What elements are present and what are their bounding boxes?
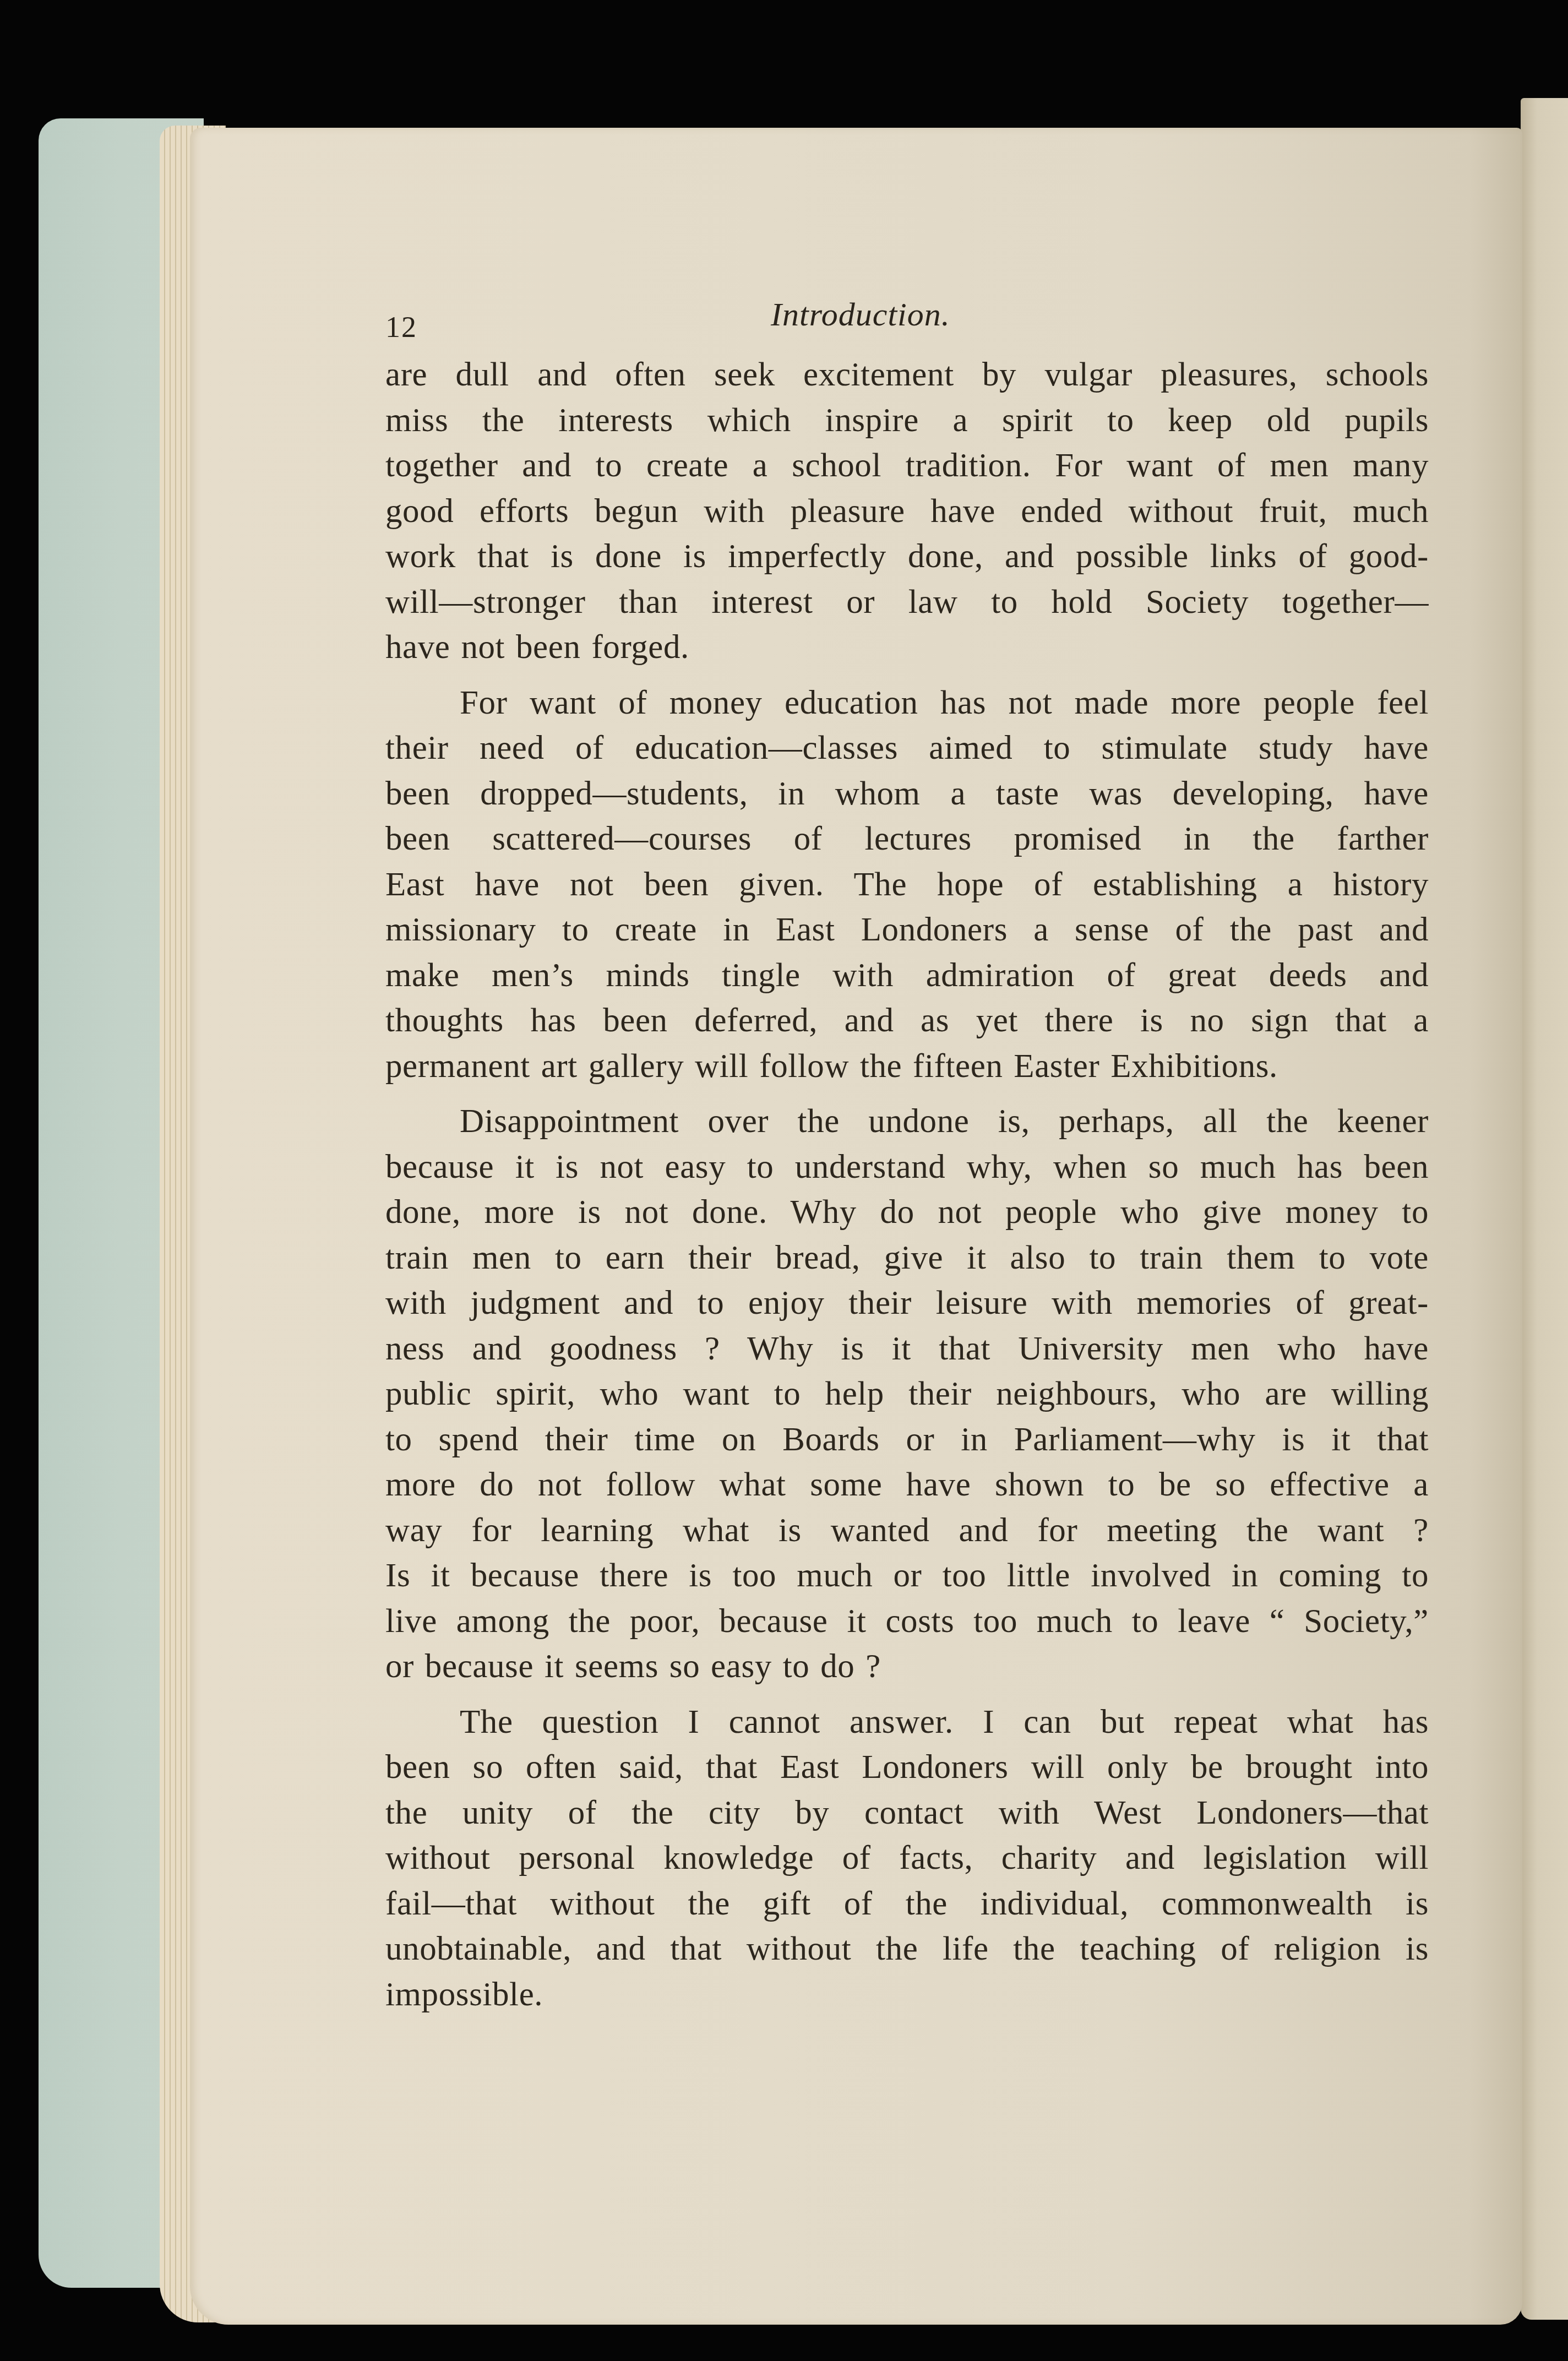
page-number: 12 — [385, 310, 417, 344]
text-line: permanent art gallery will follow the fi… — [385, 1044, 1429, 1090]
text-line: way for learning what is wanted and for … — [385, 1508, 1429, 1554]
text-line: fail—that without the gift of the indivi… — [385, 1881, 1429, 1927]
text-line: live among the poor, because it costs to… — [385, 1599, 1429, 1645]
text-line: work that is done is imperfectly done, a… — [385, 534, 1429, 580]
paragraph-2: For want of money education has not made… — [385, 681, 1429, 1090]
text-line: good efforts begun with pleasure have en… — [385, 489, 1429, 535]
text-line: ness and goodness ? Why is it that Unive… — [385, 1326, 1429, 1372]
text-line: Is it because there is too much or too l… — [385, 1553, 1429, 1599]
text-line: or because it seems so easy to do ? — [385, 1644, 1429, 1690]
paragraph-4: The question I cannot answer. I can but … — [385, 1700, 1429, 2018]
text-line: because it is not easy to understand why… — [385, 1145, 1429, 1190]
text-line: together and to create a school traditio… — [385, 443, 1429, 489]
text-line: more do not follow what some have shown … — [385, 1462, 1429, 1508]
text-line: The question I cannot answer. I can but … — [385, 1700, 1429, 1745]
paragraph-3: Disappointment over the undone is, perha… — [385, 1099, 1429, 1690]
text-line: For want of money education has not made… — [385, 681, 1429, 726]
text-line: East have not been given. The hope of es… — [385, 862, 1429, 908]
text-line: the unity of the city by contact with We… — [385, 1791, 1429, 1836]
text-line: impossible. — [385, 1972, 1429, 2018]
text-line: unobtainable, and that without the life … — [385, 1927, 1429, 1972]
running-head: 12 Introduction. — [385, 300, 1431, 344]
text-line: public spirit, who want to help their ne… — [385, 1372, 1429, 1417]
text-line: miss the interests which inspire a spiri… — [385, 398, 1429, 444]
adjacent-page-edge — [1521, 98, 1568, 2320]
text-line: thoughts has been deferred, and as yet t… — [385, 998, 1429, 1044]
text-line: have not been forged. — [385, 625, 1429, 671]
text-line: Disappointment over the undone is, perha… — [385, 1099, 1429, 1145]
text-line: missionary to create in East Londoners a… — [385, 907, 1429, 953]
text-line: without personal knowledge of facts, cha… — [385, 1836, 1429, 1881]
text-line: to spend their time on Boards or in Parl… — [385, 1417, 1429, 1463]
text-line: with judgment and to enjoy their leisure… — [385, 1281, 1429, 1326]
text-line: their need of education—classes aimed to… — [385, 726, 1429, 771]
text-line: done, more is not done. Why do not peopl… — [385, 1190, 1429, 1236]
text-line: train men to earn their bread, give it a… — [385, 1236, 1429, 1281]
text-line: been scattered—courses of lectures promi… — [385, 817, 1429, 862]
text-line: are dull and often seek excitement by vu… — [385, 352, 1429, 398]
text-line: been so often said, that East Londoners … — [385, 1745, 1429, 1791]
text-line: make men’s minds tingle with admiration … — [385, 953, 1429, 999]
paragraph-1: are dull and often seek excitement by vu… — [385, 352, 1429, 671]
body-text: are dull and often seek excitement by vu… — [385, 352, 1429, 2027]
section-title: Introduction. — [771, 296, 950, 334]
text-line: will—stronger than interest or law to ho… — [385, 580, 1429, 625]
text-line: been dropped—students, in whom a taste w… — [385, 771, 1429, 817]
